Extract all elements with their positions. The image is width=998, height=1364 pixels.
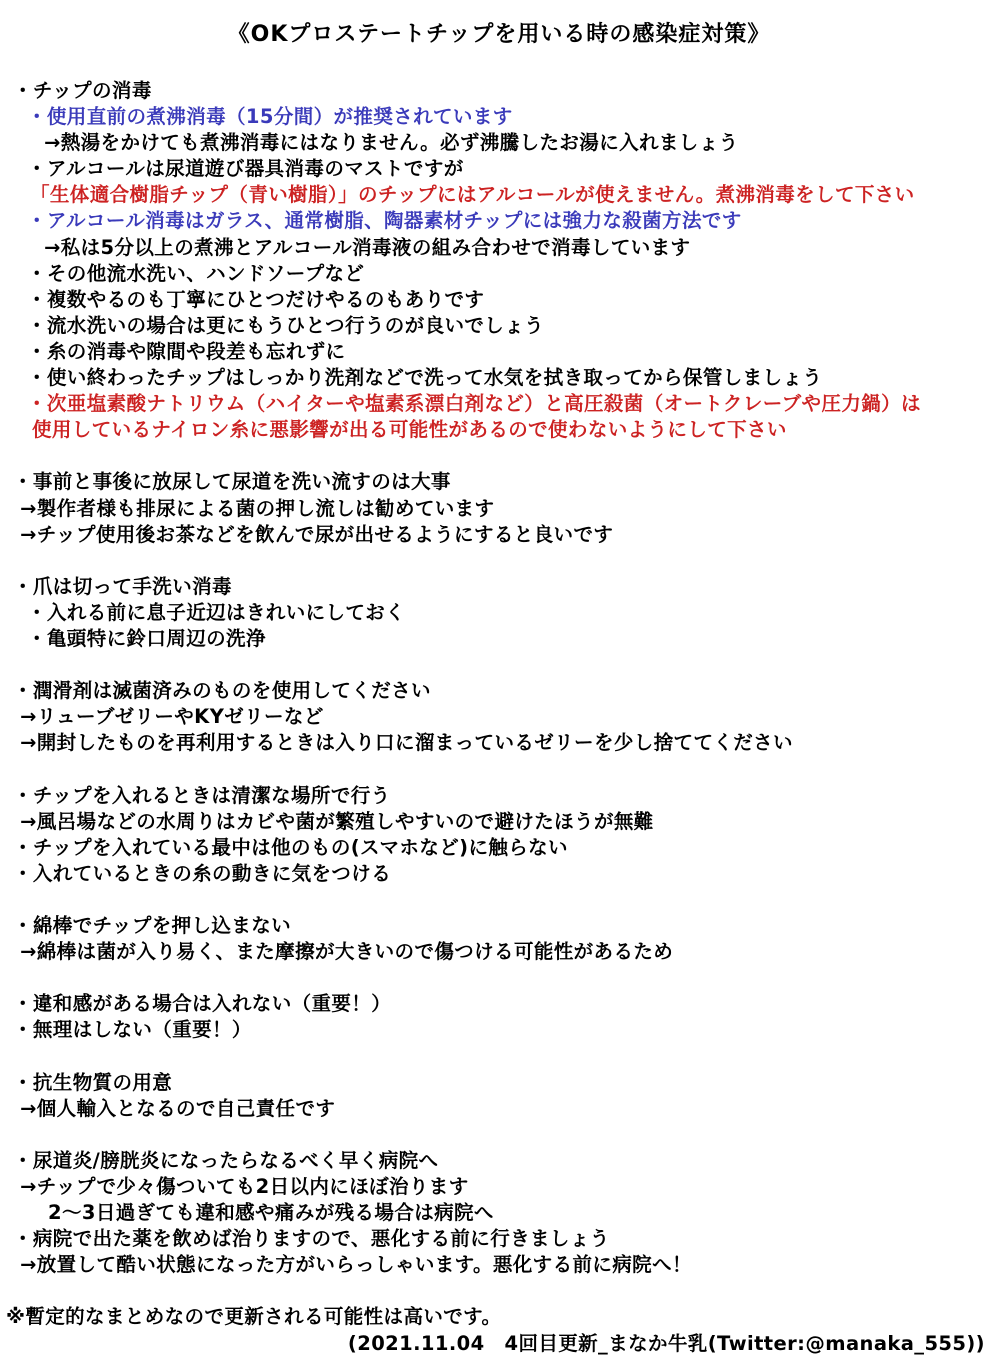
text-line: ・アルコール消毒はガラス、通常樹脂、陶器素材チップには強力な殺菌方法です (0, 208, 998, 234)
text-line: ・使い終わったチップはしっかり洗剤などで洗って水気を拭き取ってから保管しましょう (0, 365, 998, 391)
text-line: ・チップを入れるときは清潔な場所で行う (0, 783, 998, 809)
text-line: →熱湯をかけても煮沸消毒にはなりません。必ず沸騰したお湯に入れましょう (0, 130, 998, 156)
section-gap (0, 443, 998, 469)
text-line: →放置して酷い状態になった方がいらっしゃいます。悪化する前に病院へ！ (0, 1252, 998, 1278)
text-line: ・複数やるのも丁寧にひとつだけやるのもありです (0, 287, 998, 313)
text-line: ・使用直前の煮沸消毒（15分間）が推奨されています (0, 104, 998, 130)
text-line: ・糸の消毒や隙間や段差も忘れずに (0, 339, 998, 365)
text-line: ・入れているときの糸の動きに気をつける (0, 861, 998, 887)
text-line: ・アルコールは尿道遊び器具消毒のマストですが (0, 156, 998, 182)
text-line: ・病院で出た薬を飲めば治りますので、悪化する前に行きましょう (0, 1226, 998, 1252)
text-line: ・チップの消毒 (0, 78, 998, 104)
text-line: ・違和感がある場合は入れない（重要！） (0, 991, 998, 1017)
text-line: ・亀頭特に鈴口周辺の洗浄 (0, 626, 998, 652)
document-page: 《OKプロステートチップを用いる時の感染症対策》 ・チップの消毒・使用直前の煮沸… (0, 0, 998, 1364)
section-gap (0, 652, 998, 678)
text-line: ・その他流水洗い、ハンドソープなど (0, 261, 998, 287)
text-line: ・潤滑剤は滅菌済みのものを使用してください (0, 678, 998, 704)
credit-line: (2021.11.04 4回目更新_まなか牛乳(Twitter:@manaka_… (0, 1331, 998, 1357)
text-line: ・抗生物質の用意 (0, 1070, 998, 1096)
text-line: →開封したものを再利用するときは入り口に溜まっているゼリーを少し捨ててください (0, 730, 998, 756)
text-line: →チップで少々傷ついても2日以内にほぼ治ります (0, 1174, 998, 1200)
text-line: ・入れる前に息子近辺はきれいにしておく (0, 600, 998, 626)
text-line: →チップ使用後お茶などを飲んで尿が出せるようにすると良いです (0, 522, 998, 548)
text-line: →綿棒は菌が入り易く、また摩擦が大きいので傷つける可能性があるため (0, 939, 998, 965)
text-line: 使用しているナイロン糸に悪影響が出る可能性があるので使わないようにして下さい (0, 417, 998, 443)
text-line: ・事前と事後に放尿して尿道を洗い流すのは大事 (0, 469, 998, 495)
text-line: 「生体適合樹脂チップ（青い樹脂）」のチップにはアルコールが使えません。煮沸消毒を… (0, 182, 998, 208)
text-line: 2～3日過ぎても違和感や痛みが残る場合は病院へ (0, 1200, 998, 1226)
section-gap (0, 1122, 998, 1148)
footnote: ※暫定的なまとめなので更新される可能性は高いです。 (0, 1304, 998, 1330)
text-line: →リューブゼリーやKYゼリーなど (0, 704, 998, 730)
document-title: 《OKプロステートチップを用いる時の感染症対策》 (0, 0, 998, 54)
section-gap (0, 887, 998, 913)
text-line: ・流水洗いの場合は更にもうひとつ行うのが良いでしょう (0, 313, 998, 339)
text-line: →個人輸入となるので自己責任です (0, 1096, 998, 1122)
text-line: ・次亜塩素酸ナトリウム（ハイターや塩素系漂白剤など）と高圧殺菌（オートクレーブや… (0, 391, 998, 417)
section-gap (0, 548, 998, 574)
text-line: ・尿道炎/膀胱炎になったらなるべく早く病院へ (0, 1148, 998, 1174)
text-line: ・綿棒でチップを押し込まない (0, 913, 998, 939)
text-line: ・無理はしない（重要！） (0, 1017, 998, 1043)
section-gap (0, 756, 998, 782)
section-gap (0, 1043, 998, 1069)
text-line: →私は5分以上の煮沸とアルコール消毒液の組み合わせで消毒しています (0, 235, 998, 261)
text-line: ・チップを入れている最中は他のもの(スマホなど)に触らない (0, 835, 998, 861)
document-body: ・チップの消毒・使用直前の煮沸消毒（15分間）が推奨されています→熱湯をかけても… (0, 78, 998, 1278)
text-line: ・爪は切って手洗い消毒 (0, 574, 998, 600)
text-line: →風呂場などの水周りはカビや菌が繁殖しやすいので避けたほうが無難 (0, 809, 998, 835)
text-line: →製作者様も排尿による菌の押し流しは勧めています (0, 496, 998, 522)
section-gap (0, 965, 998, 991)
